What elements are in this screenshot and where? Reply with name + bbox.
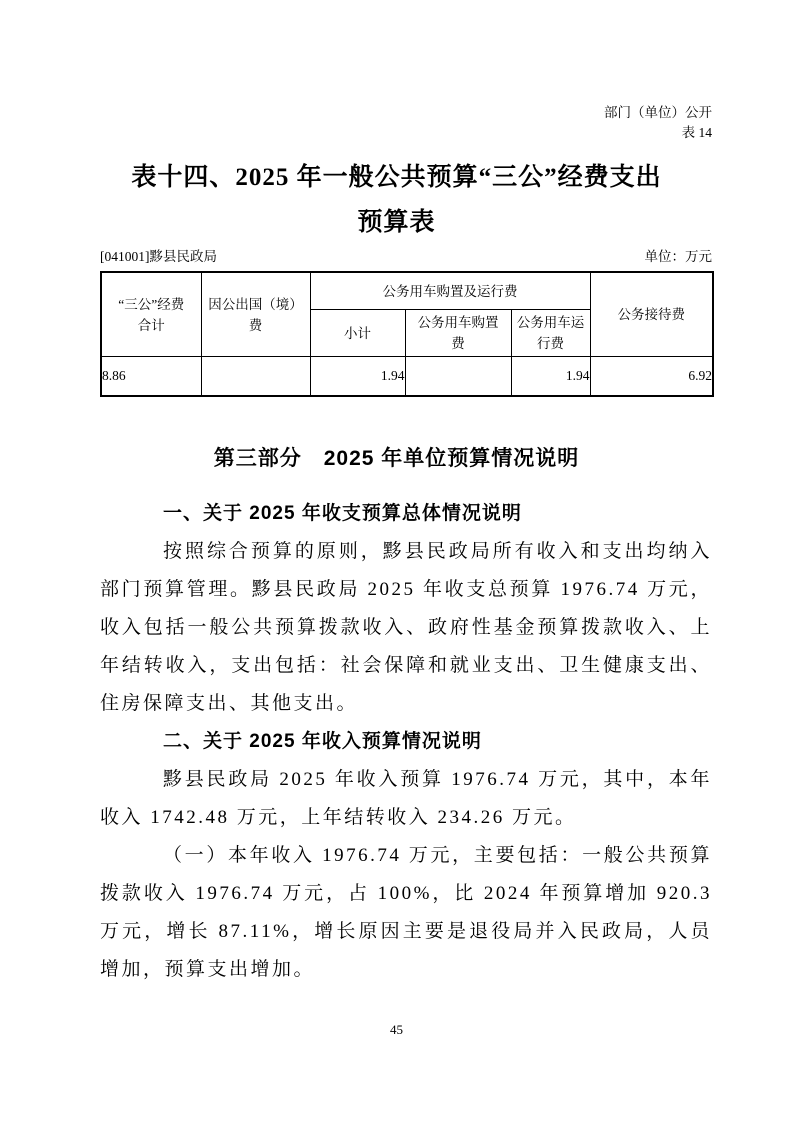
org-code-label: [041001]黟县民政局 [100, 247, 217, 266]
paragraph-overall-budget: 按照综合预算的原则，黟县民政局所有收入和支出均纳入部门预算管理。黟县民政局 20… [100, 533, 712, 723]
paragraph-income-budget: 黟县民政局 2025 年收入预算 1976.74 万元，其中，本年收入 1742… [100, 761, 712, 837]
document-page: 部门（单位）公开 表 14 表十四、2025 年一般公共预算“三公”经费支出 预… [0, 0, 793, 1122]
section-body: 一、关于 2025 年收支预算总体情况说明 按照综合预算的原则，黟县民政局所有收… [100, 495, 712, 989]
cell-abroad-fee [201, 357, 310, 397]
sangong-expense-table: “三公”经费 合计 因公出国（境） 费 公务用车购置及运行费 公务接待费 小计 … [100, 271, 714, 397]
col-header-vehicle-purchase: 公务用车购置 费 [405, 310, 511, 357]
document-title: 表十四、2025 年一般公共预算“三公”经费支出 预算表 [55, 155, 738, 245]
col-header-abroad-fee: 因公出国（境） 费 [201, 272, 310, 357]
publish-scope-label: 部门（单位）公开 [0, 103, 712, 123]
section-three-title: 第三部分 2025 年单位预算情况说明 [0, 447, 793, 471]
table-number-label: 表 14 [0, 123, 712, 143]
cell-vehicle-operation: 1.94 [511, 357, 590, 397]
heading-income-budget: 二、关于 2025 年收入预算情况说明 [100, 723, 712, 761]
col-header-vehicle-operation: 公务用车运 行费 [511, 310, 590, 357]
doc-header-meta: 部门（单位）公开 表 14 [0, 103, 712, 143]
col-header-vehicle-subtotal: 小计 [310, 310, 405, 357]
cell-vehicle-purchase [405, 357, 511, 397]
col-header-vehicle-group: 公务用车购置及运行费 [310, 272, 590, 310]
table-header-row-1: “三公”经费 合计 因公出国（境） 费 公务用车购置及运行费 公务接待费 [101, 272, 713, 310]
cell-reception-fee: 6.92 [590, 357, 713, 397]
col-header-reception-fee: 公务接待费 [590, 272, 713, 357]
heading-overall-budget: 一、关于 2025 年收支预算总体情况说明 [100, 495, 712, 533]
cell-sangong-total: 8.86 [101, 357, 201, 397]
table-meta-row: [041001]黟县民政局 单位：万元 [100, 247, 712, 266]
table-data-row: 8.86 1.94 1.94 6.92 [101, 357, 713, 397]
cell-vehicle-subtotal: 1.94 [310, 357, 405, 397]
paragraph-current-year-income: （一）本年收入 1976.74 万元，主要包括：一般公共预算拨款收入 1976.… [100, 837, 712, 989]
col-header-sangong-total: “三公”经费 合计 [101, 272, 201, 357]
page-number: 45 [0, 1022, 793, 1038]
unit-label: 单位：万元 [645, 247, 713, 266]
